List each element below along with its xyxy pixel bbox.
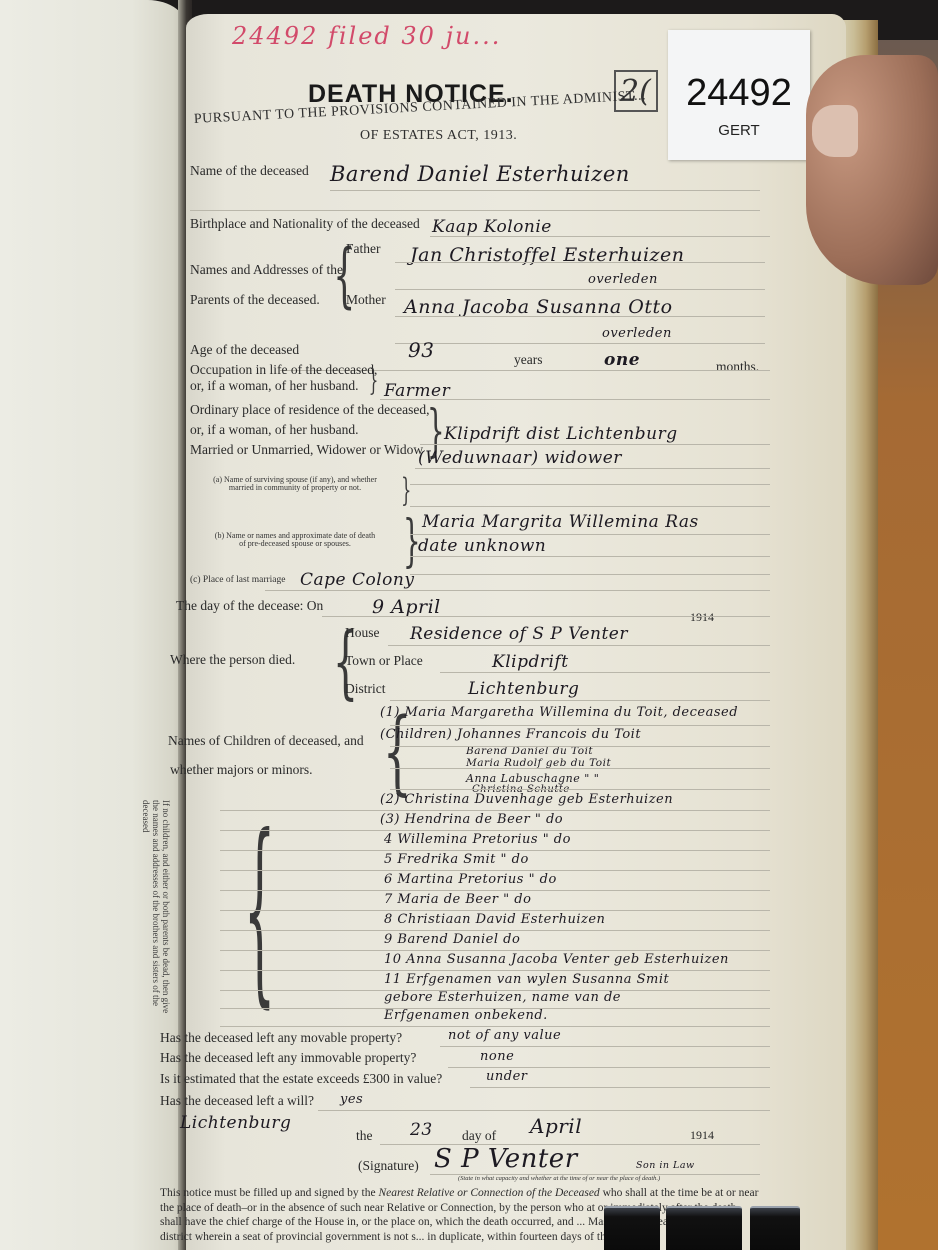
immovable-label: Has the deceased left any immovable prop… (160, 1050, 416, 1066)
place-of-death-label: Where the person died. (170, 652, 295, 668)
thumbnail (812, 105, 858, 157)
residence-label-line2: or, if a woman, of her husband. (190, 422, 359, 438)
child-entry: 11 Erfgenamen van wylen Susanna Smit (384, 972, 669, 987)
will-label: Has the deceased left a will? (160, 1093, 314, 1109)
father-label: Father (346, 241, 381, 257)
movable-label: Has the deceased left any movable proper… (160, 1030, 402, 1046)
child-entry: gebore Esterhuizen, name van de (384, 990, 621, 1005)
district-value: Lichtenburg (468, 679, 579, 699)
child-entry: 5 Fredrika Smit " do (384, 852, 529, 867)
signature-value: S P Venter (434, 1144, 578, 1174)
signoff-month: April (530, 1114, 582, 1138)
surviving-spouse-label: (a) Name of surviving spouse (if any), a… (190, 476, 400, 493)
residence-value: Klipdrift dist Lichtenburg (444, 424, 678, 444)
occupation-label-line2: or, if a woman, of her husband. (190, 378, 359, 394)
signoff-year: 1914 (690, 1128, 714, 1143)
house-label: House (345, 625, 380, 641)
parents-label-line2: Parents of the deceased. (190, 292, 320, 308)
child-entry: 9 Barend Daniel do (384, 932, 520, 947)
child-entry: 6 Martina Pretorius " do (384, 872, 557, 887)
signoff-place: Lichtenburg (180, 1113, 291, 1133)
name-value: Barend Daniel Esterhuizen (330, 162, 630, 186)
mother-note: overleden (602, 326, 672, 341)
occupation-value: Farmer (384, 381, 450, 401)
town-label: Town or Place (345, 653, 423, 669)
age-label: Age of the deceased (190, 342, 299, 358)
predeceased-spouse-value-line2: date unknown (418, 536, 546, 556)
date-of-death-value: 9 April (372, 596, 441, 618)
father-note: overleden (588, 272, 658, 287)
age-years-value: 93 (408, 338, 434, 362)
signature-label: (Signature) (358, 1158, 419, 1174)
name-label: Name of the deceased (190, 163, 309, 179)
last-marriage-label: (c) Place of last marriage (190, 576, 285, 586)
signature-capacity: Son in Law (636, 1160, 695, 1171)
movable-value: not of any value (448, 1028, 561, 1043)
child-entry: 8 Christiaan David Esterhuizen (384, 912, 605, 927)
signoff-day: 23 (410, 1120, 433, 1140)
mother-value: Anna Jacoba Susanna Otto (404, 296, 673, 318)
parents-label-line1: Names and Addresses of the (190, 262, 343, 278)
child-entry: (1) Maria Margaretha Willemina du Toit, … (380, 705, 738, 720)
subtitle-line2: OF ESTATES ACT, 1913. (360, 128, 517, 144)
marital-label: Married or Unmarried, Widower or Widow (190, 442, 423, 458)
estate-value-value: under (486, 1069, 527, 1084)
last-marriage-value: Cape Colony (300, 570, 414, 590)
marital-value: (Weduwnaar) widower (418, 448, 622, 468)
child-entry: (2) Christina Duvenhage geb Esterhuizen (380, 792, 673, 807)
child-entry: Erfgenamen onbekend. (384, 1008, 548, 1023)
child-entry: 10 Anna Susanna Jacoba Venter geb Esterh… (384, 952, 729, 967)
archive-number: 24492 (668, 72, 810, 115)
birthplace-value: Kaap Kolonie (432, 217, 552, 237)
immovable-value: none (480, 1049, 514, 1064)
date-of-death-label: The day of the decease: On (176, 598, 323, 614)
child-entry: 7 Maria de Beer " do (384, 892, 531, 907)
red-annotation: 24492 filed 30 ju... (232, 22, 501, 50)
child-entry: (Children) Johannes Francois du Toit (380, 727, 641, 742)
age-months-value: one (604, 350, 640, 370)
archive-name: GERT (668, 122, 810, 139)
hand-holding-page (806, 55, 938, 285)
signoff-the-label: the (356, 1128, 373, 1144)
age-years-label: years (514, 352, 542, 368)
mother-label: Mother (346, 292, 386, 308)
date-of-death-year: 1914 (690, 610, 714, 625)
predeceased-spouse-value-line1: Maria Margrita Willemina Ras (422, 512, 699, 532)
children-label-line1: Names of Children of deceased, and (168, 733, 364, 749)
signature-capacity-hint: (State in what capacity and whether at t… (458, 1176, 660, 1183)
predeceased-spouse-label: (b) Name or names and approximate date o… (190, 532, 400, 549)
occupation-label-line1: Occupation in life of the deceased, (190, 362, 377, 378)
children-label-line2: whether majors or minors. (170, 762, 312, 778)
signoff-day-of-label: day of (462, 1128, 496, 1144)
archive-label-card: 24492 GERT (668, 30, 810, 160)
child-entry: 4 Willemina Pretorius " do (384, 832, 571, 847)
estate-value-label: Is it estimated that the estate exceeds … (160, 1071, 442, 1087)
district-label: District (345, 681, 386, 697)
will-value: yes (340, 1092, 363, 1107)
child-entry: (3) Hendrina de Beer " do (380, 812, 563, 827)
children-side-note: If no children, and either or both paren… (130, 800, 170, 1020)
town-value: Klipdrift (492, 652, 569, 672)
house-value: Residence of S P Venter (410, 624, 628, 644)
age-months-label: months. (716, 359, 759, 375)
binder-clips (604, 1206, 800, 1250)
residence-label-line1: Ordinary place of residence of the decea… (190, 402, 430, 418)
birthplace-label: Birthplace and Nationality of the deceas… (190, 216, 420, 232)
